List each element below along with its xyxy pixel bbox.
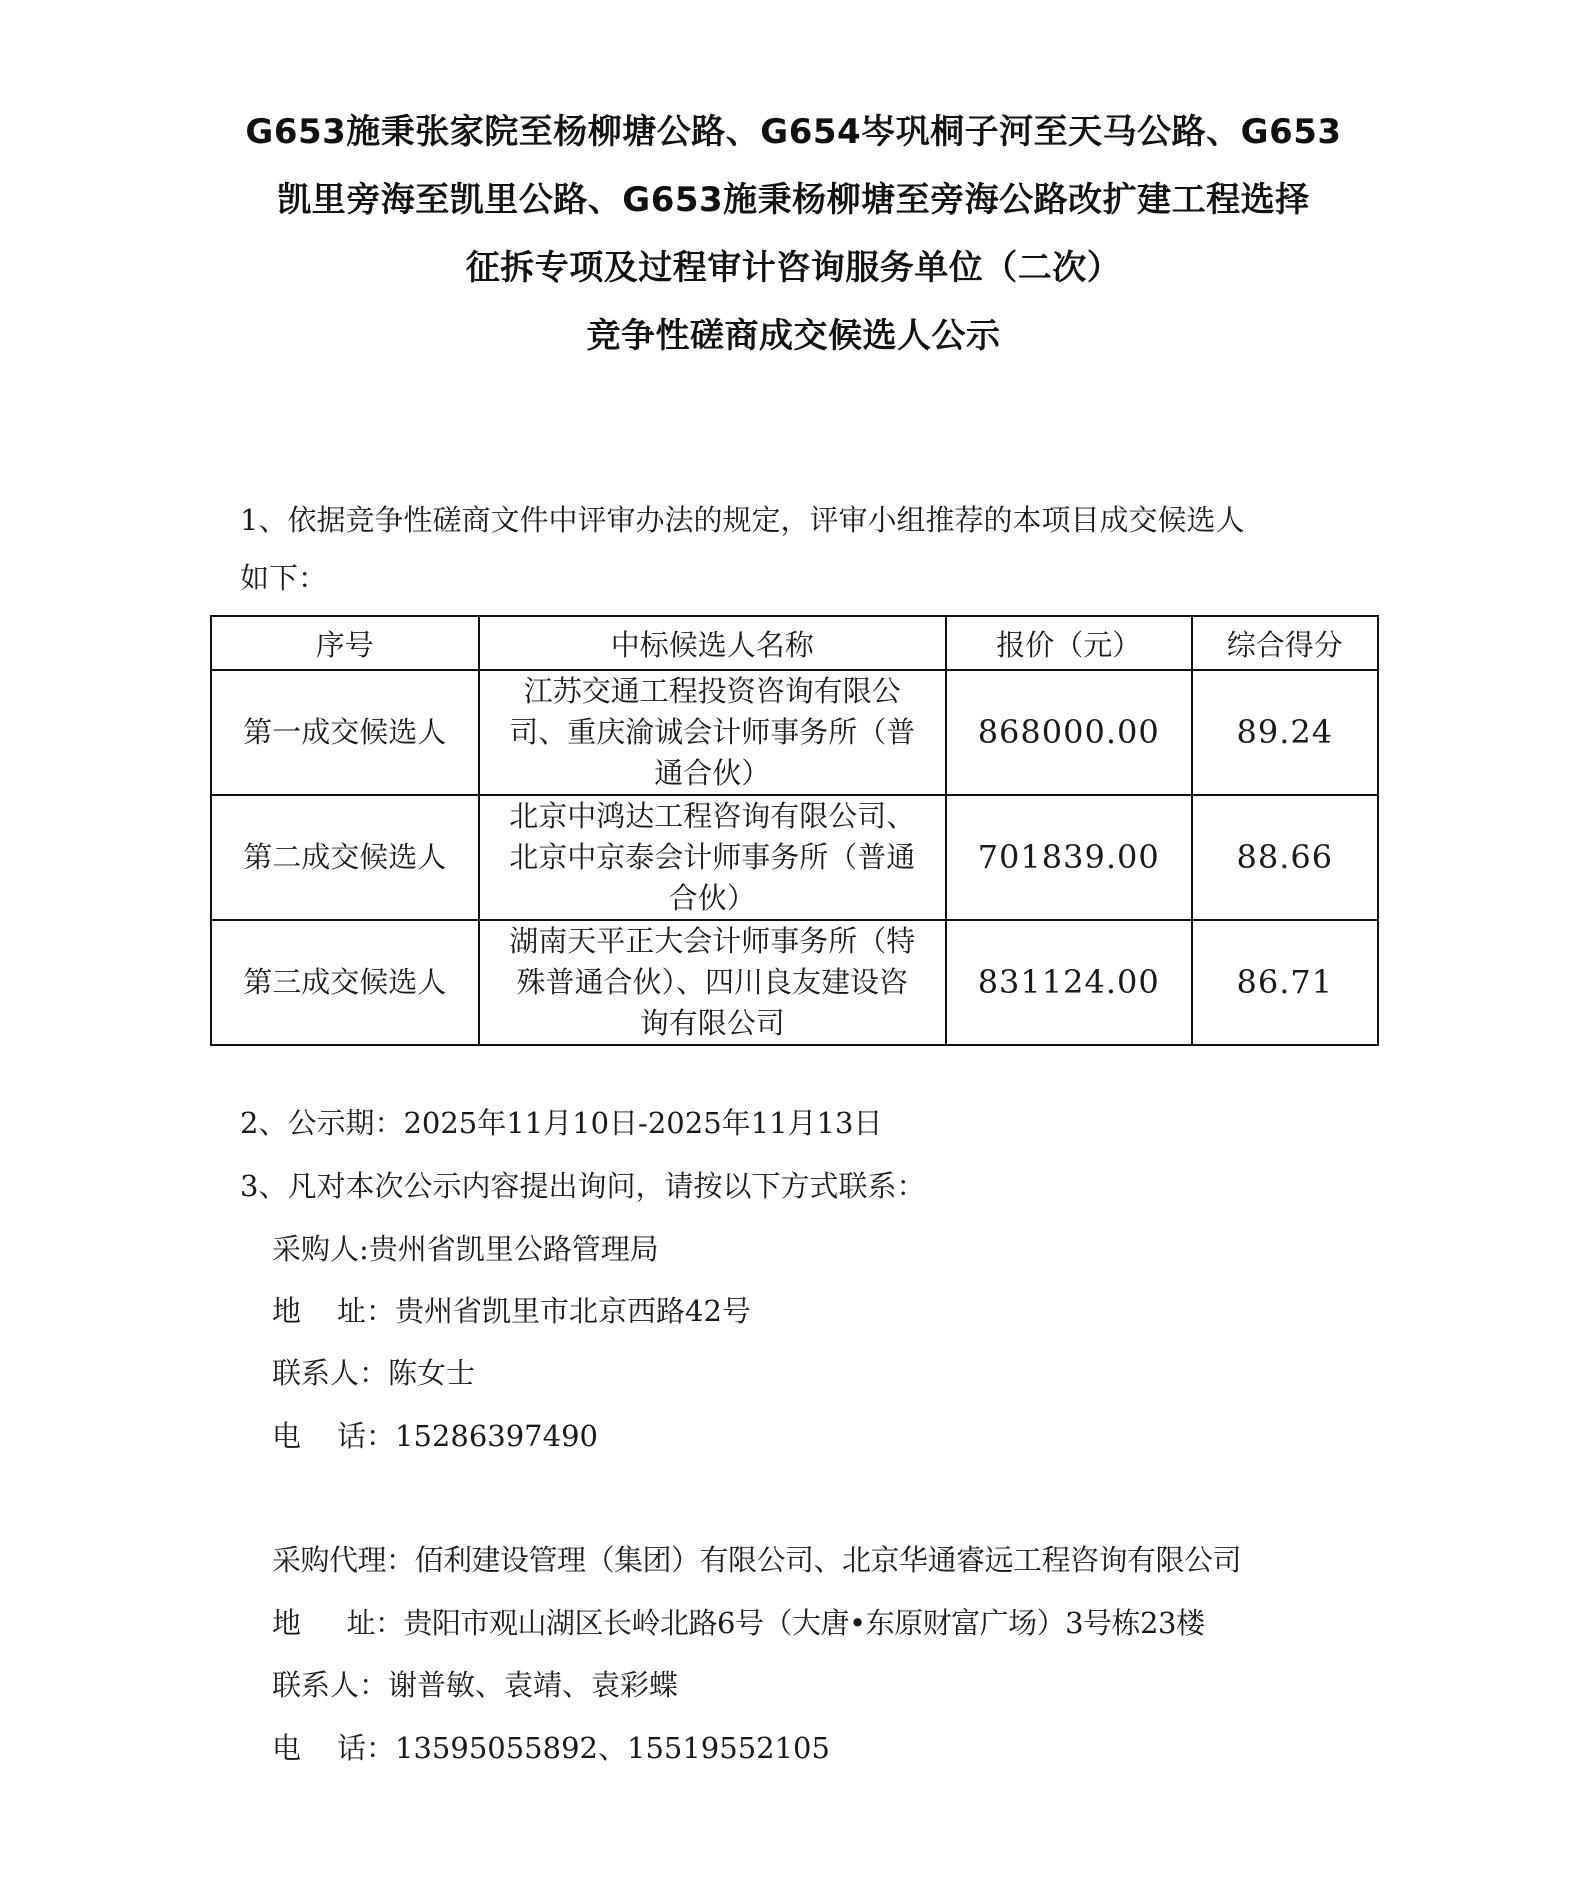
address-label-a: 地: [272, 1294, 301, 1328]
cell-name: 北京中鸿达工程咨询有限公司、 北京中京泰会计师事务所（普通 合伙）: [479, 795, 946, 920]
phone-label-a: 电: [272, 1731, 301, 1765]
purchaser-address-line: 地址：贵州省凯里市北京西路42号: [272, 1293, 751, 1329]
agent-label: 采购代理：: [272, 1543, 415, 1577]
table-row: 第一成交候选人 江苏交通工程投资咨询有限公 司、重庆渝诚会计师事务所（普 通合伙…: [211, 670, 1378, 795]
purchaser-contact-line: 联系人：陈女士: [272, 1355, 475, 1391]
cell-price: 868000.00: [946, 670, 1192, 795]
name-line: 通合伙）: [488, 753, 937, 794]
name-line: 殊普通合伙）、四川良友建设咨: [488, 962, 937, 1003]
purchaser-contact: 陈女士: [388, 1356, 475, 1390]
title-line-1: G653施秉张家院至杨柳塘公路、G654岑巩桐子河至天马公路、G653: [0, 112, 1587, 152]
cell-rank: 第三成交候选人: [211, 920, 479, 1045]
agent-phone: 13595055892、15519552105: [395, 1731, 830, 1765]
agent-phone-line: 电话：13595055892、15519552105: [272, 1730, 830, 1766]
purchaser-label: 采购人:: [272, 1232, 369, 1266]
agent-name: 佰利建设管理（集团）有限公司、北京华通睿远工程咨询有限公司: [415, 1543, 1242, 1577]
table-row: 第二成交候选人 北京中鸿达工程咨询有限公司、 北京中京泰会计师事务所（普通 合伙…: [211, 795, 1378, 920]
cell-rank: 第一成交候选人: [211, 670, 479, 795]
cell-score: 88.66: [1192, 795, 1378, 920]
purchaser-phone: 15286397490: [395, 1419, 598, 1453]
header-score: 综合得分: [1192, 616, 1378, 670]
section1-line2: 如下：: [240, 560, 327, 596]
address-label-b: 址：: [337, 1294, 395, 1328]
title-line-2: 凯里旁海至凯里公路、G653施秉杨柳塘至旁海公路改扩建工程选择: [0, 180, 1587, 220]
cell-score: 89.24: [1192, 670, 1378, 795]
contact-label: 联系人：: [272, 1356, 388, 1390]
purchaser-name: 贵州省凯里公路管理局: [369, 1232, 659, 1266]
section1-line1: 1、依据竞争性磋商文件中评审办法的规定，评审小组推荐的本项目成交候选人: [240, 502, 1244, 538]
section2-publicity-period: 2、公示期：2025年11月10日-2025年11月13日: [240, 1105, 882, 1141]
name-line: 询有限公司: [488, 1003, 937, 1044]
name-line: 合伙）: [488, 878, 937, 919]
address-label-a: 地: [272, 1606, 301, 1640]
agent-contact: 谢普敏、袁靖、袁彩蝶: [388, 1668, 678, 1702]
cell-score: 86.71: [1192, 920, 1378, 1045]
agent-address: 贵阳市观山湖区长岭北路6号（大唐•东原财富广场）3号栋23楼: [404, 1606, 1205, 1640]
header-seq: 序号: [211, 616, 479, 670]
title-line-4: 竞争性磋商成交候选人公示: [0, 316, 1587, 356]
phone-label-a: 电: [272, 1419, 301, 1453]
name-line: 北京中京泰会计师事务所（普通: [488, 837, 937, 878]
candidates-table: 序号 中标候选人名称 报价（元） 综合得分 第一成交候选人 江苏交通工程投资咨询…: [210, 615, 1379, 1046]
name-line: 北京中鸿达工程咨询有限公司、: [488, 796, 937, 837]
header-name: 中标候选人名称: [479, 616, 946, 670]
name-line: 司、重庆渝诚会计师事务所（普: [488, 712, 937, 753]
header-price: 报价（元）: [946, 616, 1192, 670]
cell-price: 831124.00: [946, 920, 1192, 1045]
title-line-3: 征拆专项及过程审计咨询服务单位（二次）: [0, 248, 1587, 288]
table-header-row: 序号 中标候选人名称 报价（元） 综合得分: [211, 616, 1378, 670]
contact-label: 联系人：: [272, 1668, 388, 1702]
name-line: 江苏交通工程投资咨询有限公: [488, 671, 937, 712]
table-row: 第三成交候选人 湖南天平正大会计师事务所（特 殊普通合伙）、四川良友建设咨 询有…: [211, 920, 1378, 1045]
agent-contact-line: 联系人：谢普敏、袁靖、袁彩蝶: [272, 1667, 678, 1703]
phone-label-b: 话：: [337, 1419, 395, 1453]
purchaser-name-line: 采购人:贵州省凯里公路管理局: [272, 1231, 659, 1267]
cell-name: 湖南天平正大会计师事务所（特 殊普通合伙）、四川良友建设咨 询有限公司: [479, 920, 946, 1045]
address-label-b: 址：: [347, 1606, 404, 1640]
purchaser-phone-line: 电话：15286397490: [272, 1418, 598, 1454]
cell-rank: 第二成交候选人: [211, 795, 479, 920]
name-line: 湖南天平正大会计师事务所（特: [488, 921, 937, 962]
agent-address-line: 地址：贵阳市观山湖区长岭北路6号（大唐•东原财富广场）3号栋23楼: [272, 1605, 1204, 1641]
phone-label-b: 话：: [337, 1731, 395, 1765]
cell-name: 江苏交通工程投资咨询有限公 司、重庆渝诚会计师事务所（普 通合伙）: [479, 670, 946, 795]
section3-contact-intro: 3、凡对本次公示内容提出询问，请按以下方式联系：: [240, 1168, 925, 1204]
agent-name-line: 采购代理：佰利建设管理（集团）有限公司、北京华通睿远工程咨询有限公司: [272, 1542, 1241, 1578]
cell-price: 701839.00: [946, 795, 1192, 920]
purchaser-address: 贵州省凯里市北京西路42号: [395, 1294, 751, 1328]
